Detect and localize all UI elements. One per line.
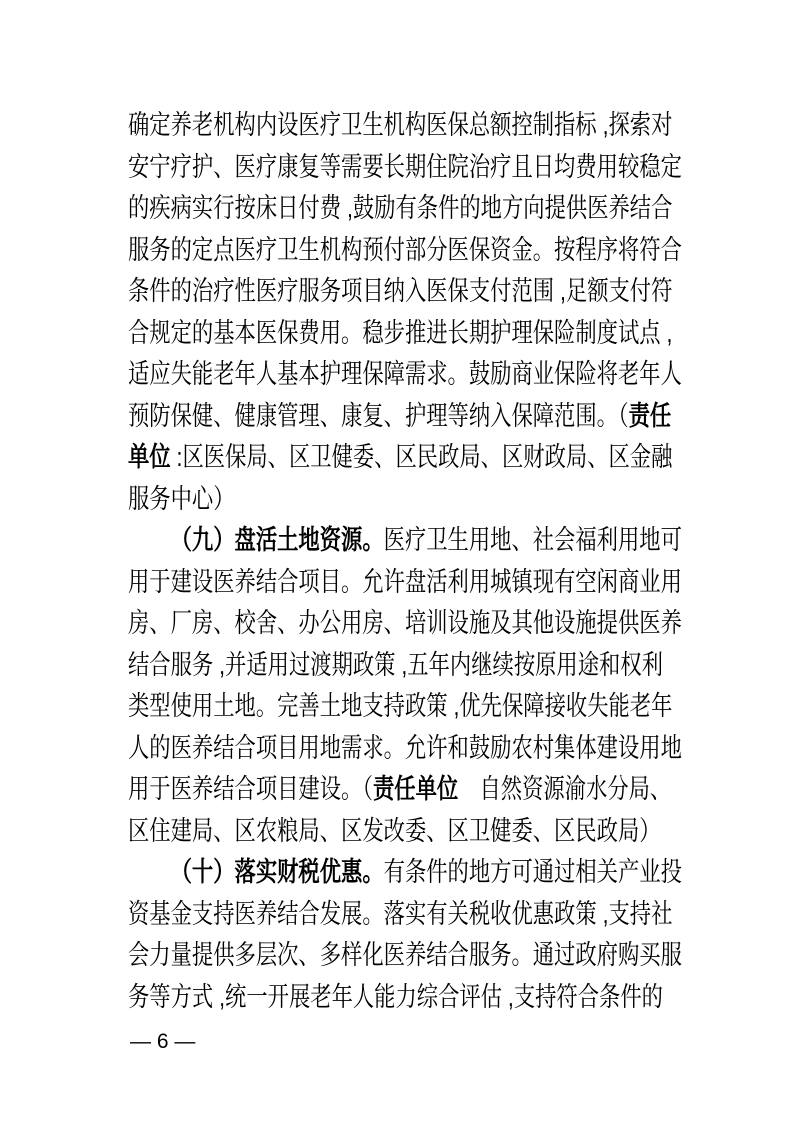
bold-text-run: 单位: [128, 442, 171, 472]
text-line: 务等方式 ,统一开展老年人能力综合评估 ,支持符合条件的: [128, 977, 565, 1019]
text-line: 人的医养结合项目用地需求。允许和鼓励农村集体建设用地: [128, 728, 565, 770]
text-run: 结合服务 ,并适用过渡期政策 ,五年内继续按原用途和权利: [128, 650, 663, 680]
page-footer: — 6 —: [130, 1030, 195, 1054]
text-line: 合规定的基本医保费用。稳步推进长期护理保险制度试点 ,: [128, 313, 565, 355]
bold-text-run: 责任单位: [373, 774, 458, 804]
text-run: 条件的治疗性医疗服务项目纳入医保支付范围 ,足额支付符: [128, 276, 672, 306]
bold-text-run: （九）盘活土地资源。: [171, 525, 384, 555]
text-line: 服务中心）: [128, 479, 565, 521]
text-line: 类型使用土地。完善土地支持政策 ,优先保障接收失能老年: [128, 686, 565, 728]
text-run: 确定养老机构内设医疗卫生机构医保总额控制指标 ,探索对: [128, 110, 672, 140]
text-line: 用于建设医养结合项目。允许盘活利用城镇现有空闲商业用: [128, 562, 565, 604]
text-line: 单位 :区医保局、区卫健委、区民政局、区财政局、区金融: [128, 437, 565, 479]
text-run: :区医保局、区卫健委、区民政局、区财政局、区金融: [171, 442, 673, 472]
text-run: 务等方式 ,统一开展老年人能力综合评估 ,支持符合条件的: [128, 982, 663, 1012]
text-run: 类型使用土地。完善土地支持政策 ,优先保障接收失能老年: [128, 691, 672, 721]
page-number: — 6 —: [130, 1030, 195, 1053]
text-run: 房、厂房、校舍、办公用房、培训设施及其他设施提供医养: [128, 608, 682, 638]
text-run: 用于建设医养结合项目。允许盘活利用城镇现有空闲商业用: [128, 567, 682, 597]
bold-text-run: （十）落实财税优惠。: [171, 857, 384, 887]
text-line: 的疾病实行按床日付费 ,鼓励有条件的地方向提供医养结合: [128, 188, 565, 230]
text-run: 资基金支持医养结合发展。落实有关税收优惠政策 ,支持社: [128, 899, 672, 929]
text-run: 用于医养结合项目建设。（: [128, 774, 373, 804]
text-line: 适应失能老年人基本护理保障需求。鼓励商业保险将老年人: [128, 354, 565, 396]
text-run: 服务的定点医疗卫生机构预付部分医保资金。按程序将符合: [128, 235, 682, 265]
text-run: 有条件的地方可通过相关产业投: [384, 857, 682, 887]
text-run: 医疗卫生用地、社会福利用地可: [384, 525, 682, 555]
text-run: 人的医养结合项目用地需求。允许和鼓励农村集体建设用地: [128, 733, 682, 763]
bold-text-run: 责任: [629, 401, 672, 431]
text-line: 资基金支持医养结合发展。落实有关税收优惠政策 ,支持社: [128, 894, 565, 936]
text-run: 自然资源渝水分局、: [458, 774, 671, 804]
text-run: 合规定的基本医保费用。稳步推进长期护理保险制度试点 ,: [128, 318, 672, 348]
text-run: 预防保健、健康管理、康复、护理等纳入保障范围。（: [128, 401, 629, 431]
text-run: 安宁疗护、医疗康复等需要长期住院治疗且日均费用较稳定: [128, 152, 682, 182]
text-line: （九）盘活土地资源。医疗卫生用地、社会福利用地可: [128, 520, 565, 562]
text-line: 用于医养结合项目建设。（责任单位 自然资源渝水分局、: [128, 769, 565, 811]
text-line: 结合服务 ,并适用过渡期政策 ,五年内继续按原用途和权利: [128, 645, 565, 687]
text-line: 条件的治疗性医疗服务项目纳入医保支付范围 ,足额支付符: [128, 271, 565, 313]
text-line: 确定养老机构内设医疗卫生机构医保总额控制指标 ,探索对: [128, 105, 565, 147]
text-line: 安宁疗护、医疗康复等需要长期住院治疗且日均费用较稳定: [128, 147, 565, 189]
text-line: 预防保健、健康管理、康复、护理等纳入保障范围。（责任: [128, 396, 565, 438]
text-line: 服务的定点医疗卫生机构预付部分医保资金。按程序将符合: [128, 230, 565, 272]
text-run: 适应失能老年人基本护理保障需求。鼓励商业保险将老年人: [128, 359, 682, 389]
text-run: 会力量提供多层次、多样化医养结合服务。通过政府购买服: [128, 940, 682, 970]
document-page: 确定养老机构内设医疗卫生机构医保总额控制指标 ,探索对安宁疗护、医疗康复等需要长…: [0, 0, 793, 1122]
text-run: 区住建局、区农粮局、区发改委、区卫健委、区民政局）: [128, 816, 661, 846]
text-line: （十）落实财税优惠。有条件的地方可通过相关产业投: [128, 852, 565, 894]
text-line: 区住建局、区农粮局、区发改委、区卫健委、区民政局）: [128, 811, 565, 853]
document-body: 确定养老机构内设医疗卫生机构医保总额控制指标 ,探索对安宁疗护、医疗康复等需要长…: [128, 105, 682, 1018]
text-run: 服务中心）: [128, 484, 235, 514]
text-run: 的疾病实行按床日付费 ,鼓励有条件的地方向提供医养结合: [128, 193, 672, 223]
text-line: 房、厂房、校舍、办公用房、培训设施及其他设施提供医养: [128, 603, 565, 645]
text-line: 会力量提供多层次、多样化医养结合服务。通过政府购买服: [128, 935, 565, 977]
